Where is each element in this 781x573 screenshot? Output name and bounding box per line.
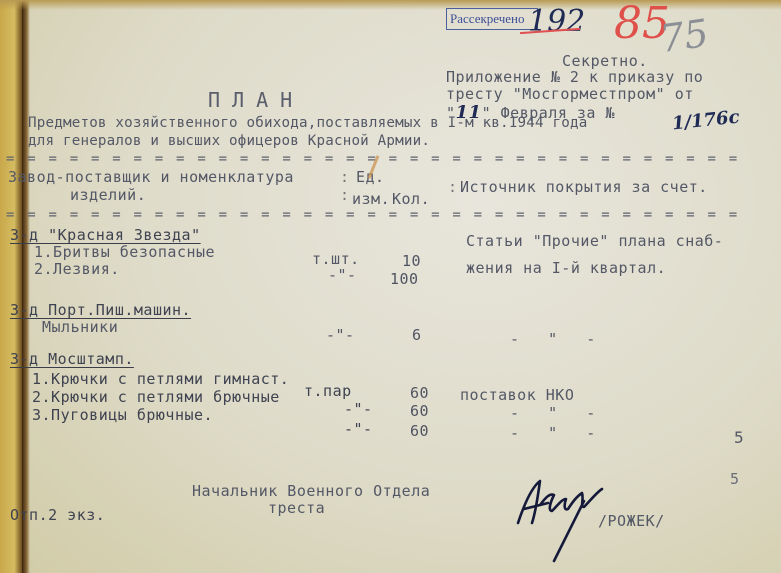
column-divider: : — [448, 178, 458, 196]
item-unit: -"- — [326, 326, 355, 344]
copies-note: Отп.2 экз. — [10, 506, 105, 524]
item-name: 1.Крючки с петлями гимнаст. — [32, 370, 289, 388]
column-header-source: Источник покрытия за счет. — [460, 178, 708, 196]
item-source: поставок НКО — [460, 386, 574, 404]
page-mark: 5 — [730, 470, 740, 488]
item-source: - " - — [510, 404, 596, 422]
item-name: 1.Бритвы безопасные — [34, 243, 215, 261]
column-divider: : — [340, 186, 350, 204]
declassified-stamp: Рассекречено — [446, 8, 538, 30]
item-qty: 100 — [390, 270, 419, 288]
item-source: - " - — [510, 424, 596, 442]
page-mark: 5 — [734, 428, 744, 447]
archive-number-gray: 75 — [657, 11, 711, 61]
supplier-moshtamp: З-д Мосштамп. — [10, 350, 134, 368]
item-source-line-1: Статьи "Прочие" плана снаб- — [466, 232, 723, 250]
signatory-position-line-1: Начальник Военного Отдела — [192, 482, 430, 500]
separator-line: = = = = = = = = = = = = = = = = = = = = … — [6, 207, 739, 223]
item-unit: -"- — [344, 400, 373, 418]
item-unit: т.пар — [304, 382, 352, 400]
column-header-unit-cont: изм. — [352, 190, 390, 208]
item-unit: -"- — [328, 266, 357, 284]
appendix-line-1: Приложение № 2 к приказу по — [446, 68, 703, 86]
page-fold-shadow — [22, 0, 30, 573]
item-unit: -"- — [344, 420, 373, 438]
column-header-qty: Кол. — [392, 190, 430, 208]
item-qty: 60 — [410, 422, 429, 440]
supplier-krasnaya-zvezda: З-д "Красная Звезда" — [10, 226, 201, 244]
item-name: 3.Пуговицы брючные. — [32, 406, 213, 424]
archive-number-blue: 192 — [528, 4, 585, 39]
appendix-line-2: тресту "Мосгорместпром" от — [446, 85, 694, 103]
title-line-1: Предметов хозяйственного обихода,поставл… — [28, 115, 587, 131]
item-source-line-2: жения на I-й квартал. — [466, 259, 666, 277]
column-divider: : — [340, 168, 350, 186]
item-qty: 60 — [410, 384, 429, 402]
item-name: 2.Крючки с петлями брючные — [32, 388, 280, 406]
item-name: 2.Лезвия. — [34, 260, 120, 278]
handwritten-signature-icon — [510, 475, 610, 565]
item-name: Мыльники — [42, 318, 118, 336]
supplier-port-pish-mashin: З-д Порт.Пиш.машин. — [10, 301, 191, 319]
column-header-item: Завод-поставщик и номенклатура — [8, 168, 294, 186]
item-source: - " - — [510, 330, 596, 348]
item-qty: 10 — [402, 252, 421, 270]
document-title: ПЛАН — [208, 88, 304, 112]
item-qty: 6 — [412, 326, 422, 344]
title-line-2: для генералов и высших офицеров Красной … — [28, 133, 430, 149]
item-qty: 60 — [410, 402, 429, 420]
signatory-position-line-2: треста — [268, 499, 325, 517]
column-header-item-cont: изделий. — [70, 186, 146, 204]
